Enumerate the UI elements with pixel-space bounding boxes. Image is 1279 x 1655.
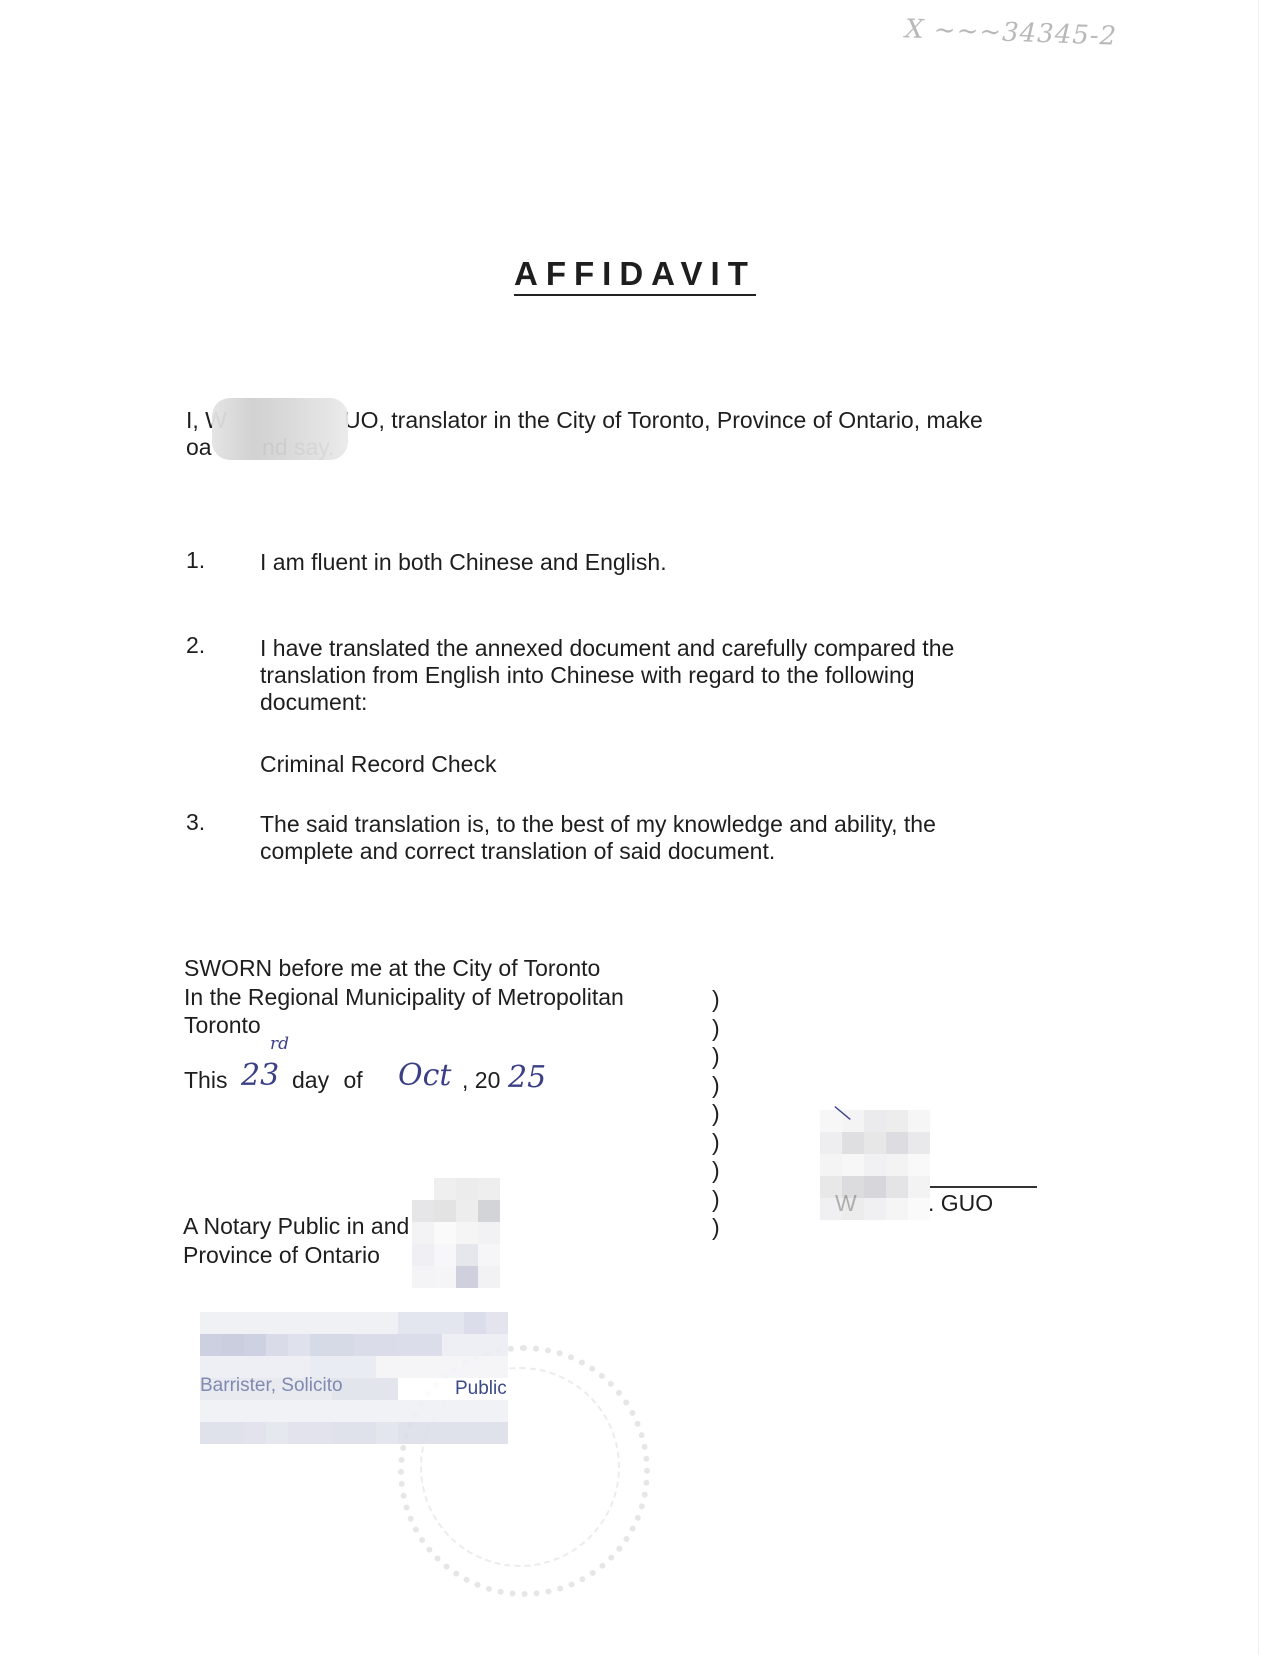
item-2-line-2: translation from English into Chinese wi… — [260, 662, 915, 689]
page-edge — [1258, 0, 1259, 1655]
intro-line-2-prefix: oa — [186, 434, 212, 461]
redacted-notary-signature — [412, 1178, 500, 1288]
redacted-name — [212, 398, 348, 460]
deponent-name: . GUO — [928, 1190, 993, 1217]
item-3-line-2: complete and correct translation of said… — [260, 838, 775, 865]
jurat-line-2: In the Regional Municipality of Metropol… — [184, 984, 624, 1011]
document-title: AFFIDAVIT — [514, 254, 756, 296]
intro-line-1: UO, translator in the City of Toronto, P… — [344, 407, 983, 434]
item-2-line-1: I have translated the annexed document a… — [260, 635, 954, 662]
notary-line-2: Province of Ontario — [183, 1242, 380, 1269]
stamp-partial-text: Barrister, Solicito — [200, 1375, 343, 1397]
notary-line-1: A Notary Public in and — [183, 1213, 409, 1240]
handwritten-file-number: X ~~~34345-2 — [905, 14, 1118, 51]
jurat-line-1: SWORN before me at the City of Toronto — [184, 955, 600, 982]
jurat-year-prefix: , 20 — [462, 1067, 500, 1094]
item-1-text: I am fluent in both Chinese and English. — [260, 549, 667, 576]
handwritten-month: Oct — [398, 1058, 451, 1093]
item-2-number: 2. — [186, 632, 205, 659]
jurat-brackets: ) ) ) ) ) ) ) ) ) — [712, 985, 720, 1242]
jurat-day-of-label: day of — [292, 1067, 363, 1094]
stamp-public-text: Public — [455, 1378, 507, 1400]
signature-line — [930, 1186, 1037, 1188]
jurat-line-3: Toronto — [184, 1012, 261, 1039]
handwritten-year: 25 — [508, 1060, 546, 1095]
handwritten-day-suffix: rd — [270, 1034, 289, 1054]
item-3-line-1: The said translation is, to the best of … — [260, 811, 936, 838]
item-3-number: 3. — [186, 809, 205, 836]
deponent-name-prefix: W — [835, 1190, 857, 1217]
item-2-line-3: document: — [260, 689, 367, 716]
item-1-number: 1. — [186, 547, 205, 574]
handwritten-day: 23 — [241, 1058, 279, 1093]
referenced-document-name: Criminal Record Check — [260, 751, 496, 778]
jurat-this-label: This — [184, 1067, 227, 1094]
